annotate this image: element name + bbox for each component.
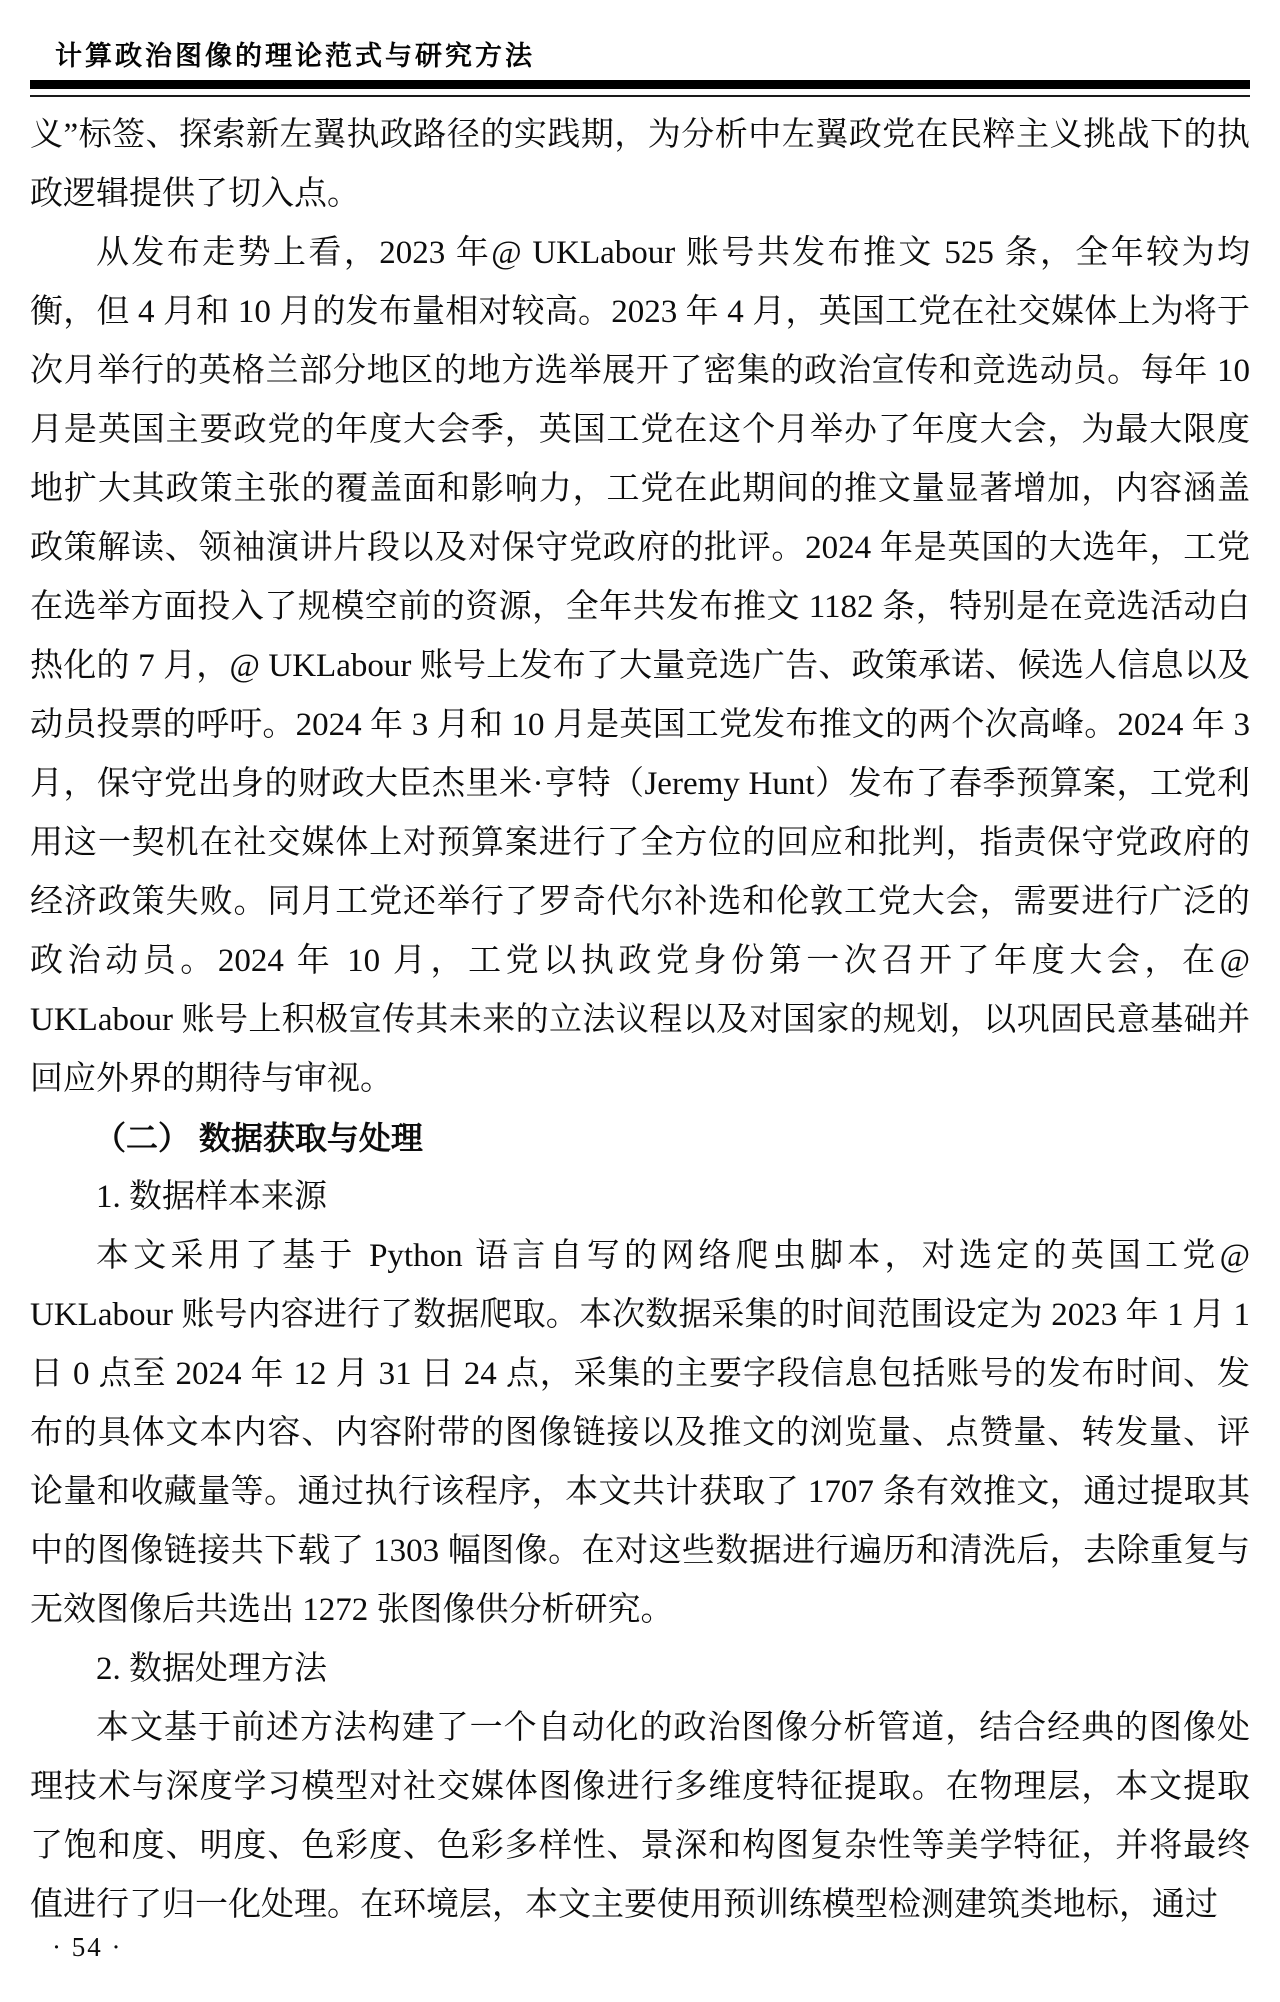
paragraph-data-source: 本文采用了基于 Python 语言自写的网络爬虫脚本，对选定的英国工党@ UKL…: [30, 1227, 1250, 1640]
page-number: · 54 ·: [52, 1932, 122, 1963]
header-rule-thick: [30, 80, 1250, 89]
paragraph-continuation: 义”标签、探索新左翼执政路径的实践期，为分析中左翼政党在民粹主义挑战下的执政逻辑…: [30, 106, 1250, 224]
section-heading-data-acquisition: （二） 数据获取与处理: [30, 1109, 1250, 1168]
header-rule-thin: [30, 95, 1250, 97]
subsection-heading-data-processing: 2. 数据处理方法: [30, 1640, 1250, 1699]
paragraph-posting-trend: 从发布走势上看，2023 年@ UKLabour 账号共发布推文 525 条，全…: [30, 224, 1250, 1109]
running-head-title: 计算政治图像的理论范式与研究方法: [55, 34, 535, 73]
subsection-heading-data-source: 1. 数据样本来源: [30, 1168, 1250, 1227]
document-page: 计算政治图像的理论范式与研究方法 义”标签、探索新左翼执政路径的实践期，为分析中…: [0, 0, 1280, 2002]
article-body: 义”标签、探索新左翼执政路径的实践期，为分析中左翼政党在民粹主义挑战下的执政逻辑…: [30, 106, 1250, 1924]
paragraph-data-processing: 本文基于前述方法构建了一个自动化的政治图像分析管道，结合经典的图像处理技术与深度…: [30, 1699, 1250, 1924]
